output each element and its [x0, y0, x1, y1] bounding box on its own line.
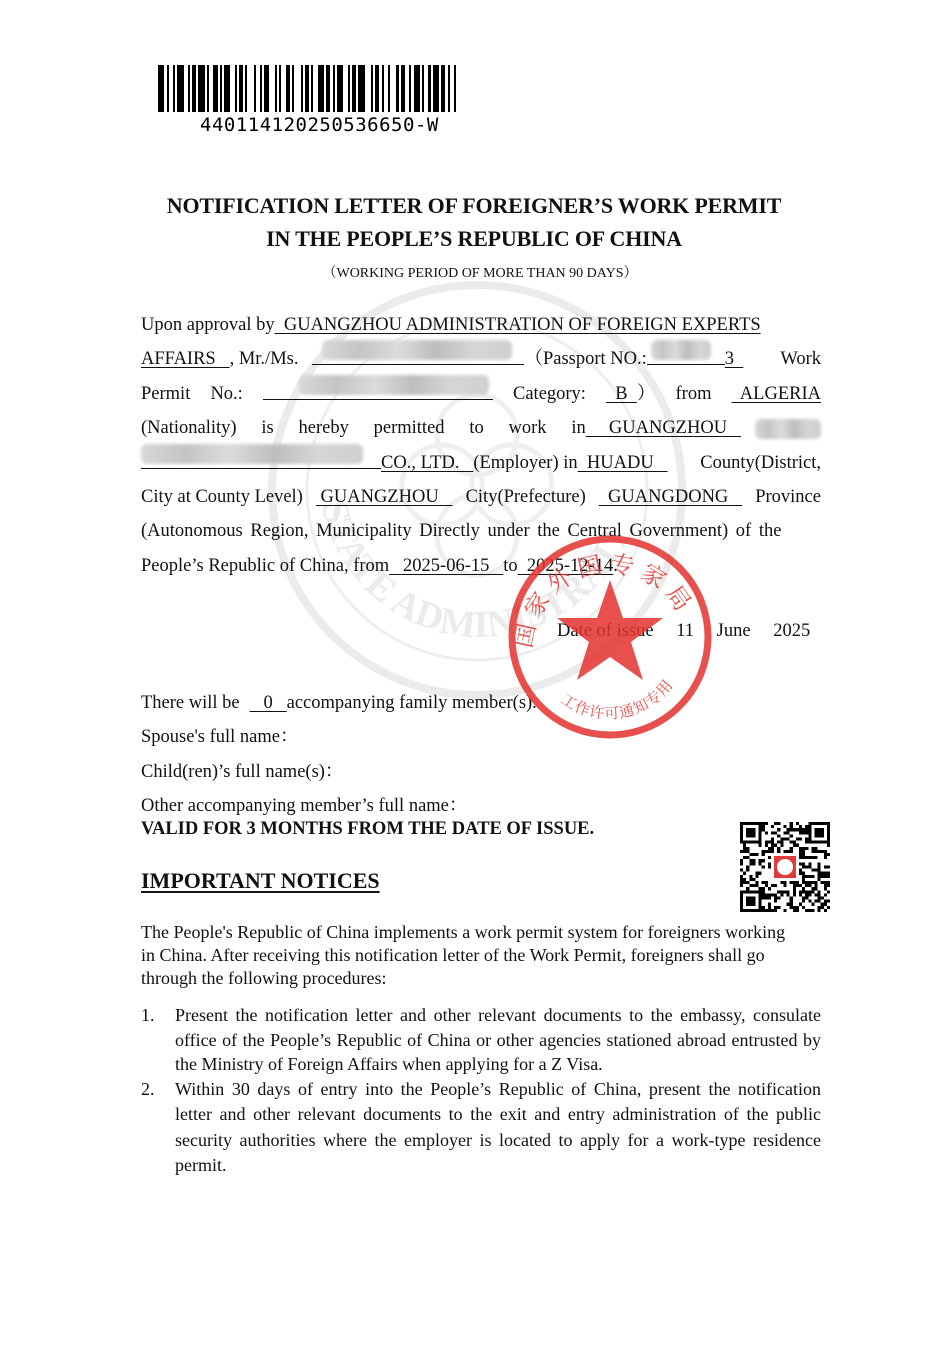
- issue-day: 11: [676, 621, 694, 641]
- to-label: to: [503, 553, 517, 579]
- qr-code[interactable]: [740, 822, 830, 912]
- approving-authority-cont: AFFAIRS: [141, 346, 230, 372]
- redacted-employer: [141, 444, 363, 464]
- body-line-7: (Autonomous Region, Municipality Directl…: [141, 518, 821, 544]
- category-label: Category:: [513, 381, 586, 407]
- permit-label: Permit: [141, 381, 190, 407]
- passport-tail: 3: [725, 346, 744, 372]
- redacted-permit: [299, 375, 489, 395]
- body-line-5: CO., LTD. (Employer) in HUADU County(Dis…: [141, 450, 821, 476]
- word: permitted: [374, 415, 445, 441]
- applicant-name-field: [312, 346, 524, 365]
- barcode-number: 440114120250536650-W: [200, 114, 439, 136]
- employer-label: (Employer) in: [473, 450, 577, 476]
- work-label: Work: [780, 346, 821, 372]
- permit-number-field: [263, 381, 493, 400]
- body-line-3: Permit No.: Category: B ） from ALGERIA: [141, 381, 821, 407]
- from-date-label: People’s Republic of China, from: [141, 553, 389, 579]
- word: hereby: [299, 415, 349, 441]
- notice-number: 2.: [141, 1077, 155, 1103]
- document-subtitle: （WORKING PERIOD OF MORE THAN 90 DAYS）: [0, 262, 948, 282]
- barcode-bar: [456, 65, 462, 112]
- family-count: 0: [250, 690, 287, 716]
- mr-ms-label: , Mr./Ms.: [230, 346, 299, 372]
- passport-label: （Passport NO.:: [524, 346, 646, 372]
- city-level-label: City at County Level): [141, 484, 303, 510]
- county-value: HUADU: [578, 450, 668, 476]
- prefecture-value: GUANGZHOU: [316, 484, 453, 510]
- date-from: 2025-06-15: [389, 553, 503, 579]
- work-city-value: GUANGZHOU: [586, 418, 741, 438]
- family-suffix: accompanying family member(s).: [287, 690, 537, 716]
- prefecture-label: City(Prefecture): [466, 484, 586, 510]
- approval-label: Upon approval by: [141, 312, 275, 338]
- redacted-name: [322, 340, 512, 360]
- body-line-4: (Nationality) is hereby permitted to wor…: [141, 415, 821, 441]
- employer-name-field: [141, 450, 381, 469]
- children-line: Child(ren)’s full name(s)：: [141, 759, 821, 785]
- document-title-line2: IN THE PEOPLE’S REPUBLIC OF CHINA: [0, 226, 948, 252]
- body-line-1: Upon approval by GUANGZHOU ADMINISTRATIO…: [141, 312, 821, 338]
- body-line-6: City at County Level) GUANGZHOU City(Pre…: [141, 484, 821, 510]
- validity-notice: VALID FOR 3 MONTHS FROM THE DATE OF ISSU…: [141, 819, 594, 840]
- date-of-issue-label: Date of issue: [557, 621, 654, 641]
- important-notices-heading: IMPORTANT NOTICES: [141, 868, 380, 894]
- word: is: [261, 415, 273, 441]
- notice-item: 1.Present the notification letter and ot…: [141, 1003, 821, 1077]
- nationality-value: ALGERIA: [732, 381, 821, 407]
- document-title-line1: NOTIFICATION LETTER OF FOREIGNER’S WORK …: [0, 193, 948, 219]
- family-prefix: There will be: [141, 690, 240, 716]
- family-count-line: There will be 0 accompanying family memb…: [141, 690, 821, 716]
- passport-number-field: [647, 346, 725, 365]
- county-label: County(District,: [700, 450, 821, 476]
- notices-intro: The People's Republic of China implement…: [141, 921, 791, 990]
- date-of-issue: Date of issue 11 June 2025: [557, 621, 810, 642]
- word: in: [571, 418, 585, 438]
- from-label: from: [676, 381, 712, 407]
- children-label: Child(ren)’s full name(s)：: [141, 759, 343, 785]
- issue-year: 2025: [773, 621, 810, 641]
- notice-text: Present the notification letter and othe…: [175, 1005, 821, 1074]
- redacted-passport: [651, 340, 711, 360]
- province-label: Province: [755, 484, 821, 510]
- permit-no-label: No.:: [210, 381, 242, 407]
- other-member-label: Other accompanying member’s full name：: [141, 793, 467, 819]
- word: work: [509, 415, 547, 441]
- category-value: B: [606, 384, 637, 404]
- period: .: [613, 553, 618, 579]
- body-line-8: People’s Republic of China, from 2025-06…: [141, 553, 821, 579]
- employer-suffix: CO., LTD.: [381, 450, 473, 476]
- issue-month: June: [717, 621, 751, 641]
- nationality-label: (Nationality): [141, 415, 237, 441]
- province-value: GUANGDONG: [599, 484, 742, 510]
- notices-list: 1.Present the notification letter and ot…: [141, 1003, 821, 1179]
- spouse-line: Spouse's full name：: [141, 724, 821, 750]
- word: to: [469, 415, 483, 441]
- other-member-line: Other accompanying member’s full name：: [141, 793, 821, 819]
- spouse-label: Spouse's full name：: [141, 724, 299, 750]
- notice-number: 1.: [141, 1003, 155, 1028]
- notice-item: 2.Within 30 days of entry into the Peopl…: [141, 1077, 821, 1179]
- notice-text: Within 30 days of entry into the People’…: [175, 1079, 821, 1176]
- category-close: ）: [637, 384, 656, 404]
- approving-authority: GUANGZHOU ADMINISTRATION OF FOREIGN EXPE…: [275, 312, 821, 338]
- autonomous-region-text: (Autonomous Region, Municipality Directl…: [141, 518, 781, 544]
- body-line-2: AFFAIRS , Mr./Ms. （Passport NO.: 3 Work: [141, 346, 821, 372]
- date-to: 2025-12-14: [518, 553, 614, 579]
- barcode: [158, 65, 463, 112]
- redacted-employer-start: [755, 419, 821, 439]
